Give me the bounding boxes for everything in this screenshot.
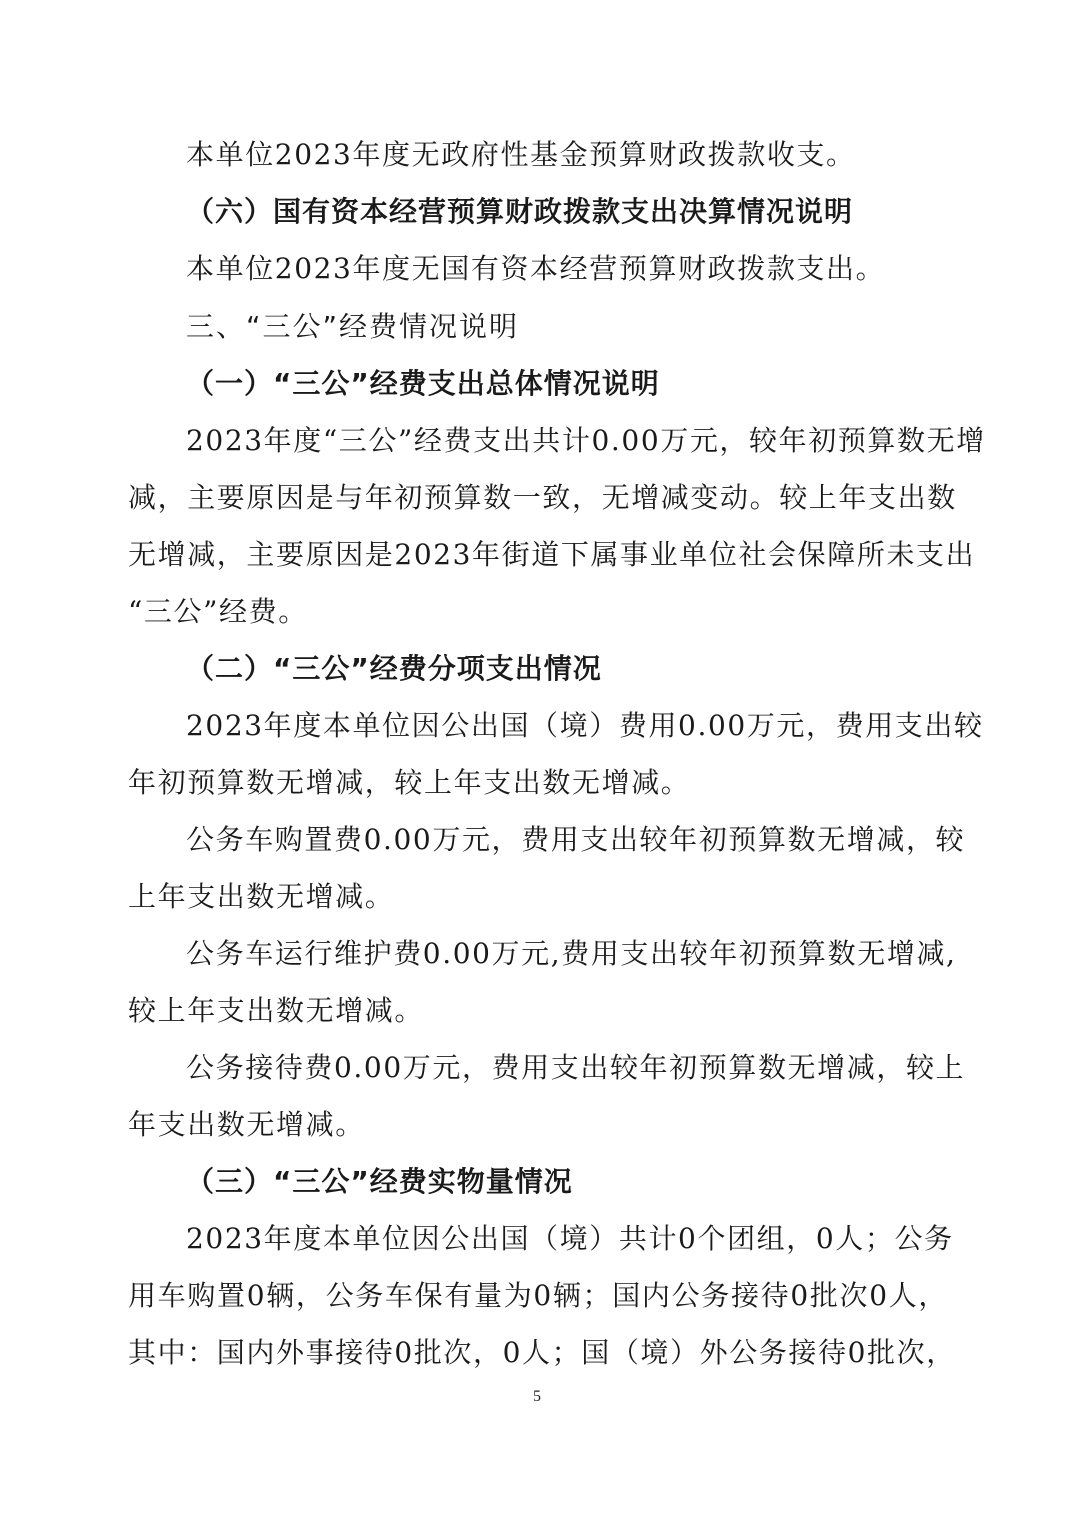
- paragraph-vehicle-maintenance-line-2: 较上年支出数无增减。: [128, 993, 948, 1029]
- paragraph-reception-line-2: 年支出数无增减。: [128, 1107, 948, 1143]
- paragraph-vehicle-maintenance-line-1: 公务车运行维护费0.00万元,费用支出较年初预算数无增减,: [186, 936, 948, 972]
- document-page: 本单位2023年度无政府性基金预算财政拨款收支。 （六）国有资本经营预算财政拨款…: [0, 0, 1074, 1520]
- paragraph-vehicle-purchase-line-2: 上年支出数无增减。: [128, 879, 948, 915]
- page-number: 5: [0, 1388, 1074, 1406]
- paragraph-government-fund: 本单位2023年度无政府性基金预算财政拨款收支。: [186, 137, 948, 173]
- subheading-physical-quantity: （三）“三公”经费实物量情况: [186, 1164, 1006, 1200]
- paragraph-overall-line-4: “三公”经费。: [128, 594, 948, 630]
- paragraph-reception-line-1: 公务接待费0.00万元，费用支出较年初预算数无增减，较上: [186, 1050, 948, 1086]
- subheading-itemized-expenses: （二）“三公”经费分项支出情况: [186, 651, 1006, 687]
- heading-three-public-expenses: 三、“三公”经费情况说明: [186, 309, 1006, 345]
- subheading-overall-expenses: （一）“三公”经费支出总体情况说明: [186, 366, 1006, 402]
- subheading-state-capital: （六）国有资本经营预算财政拨款支出决算情况说明: [186, 194, 1006, 230]
- paragraph-physical-line-3: 其中：国内外事接待0批次，0人；国（境）外公务接待0批次，: [128, 1335, 948, 1371]
- paragraph-overall-line-2: 减，主要原因是与年初预算数一致，无增减变动。较上年支出数: [128, 480, 948, 516]
- paragraph-state-capital: 本单位2023年度无国有资本经营预算财政拨款支出。: [186, 251, 948, 287]
- paragraph-physical-line-1: 2023年度本单位因公出国（境）共计0个团组，0人；公务: [186, 1221, 948, 1257]
- paragraph-overseas-line-2: 年初预算数无增减，较上年支出数无增减。: [128, 765, 948, 801]
- paragraph-physical-line-2: 用车购置0辆，公务车保有量为0辆；国内公务接待0批次0人，: [128, 1278, 948, 1314]
- paragraph-overseas-line-1: 2023年度本单位因公出国（境）费用0.00万元，费用支出较: [186, 708, 948, 744]
- paragraph-overall-line-1: 2023年度“三公”经费支出共计0.00万元，较年初预算数无增: [186, 423, 948, 459]
- paragraph-vehicle-purchase-line-1: 公务车购置费0.00万元，费用支出较年初预算数无增减，较: [186, 822, 948, 858]
- paragraph-overall-line-3: 无增减，主要原因是2023年街道下属事业单位社会保障所未支出: [128, 537, 948, 573]
